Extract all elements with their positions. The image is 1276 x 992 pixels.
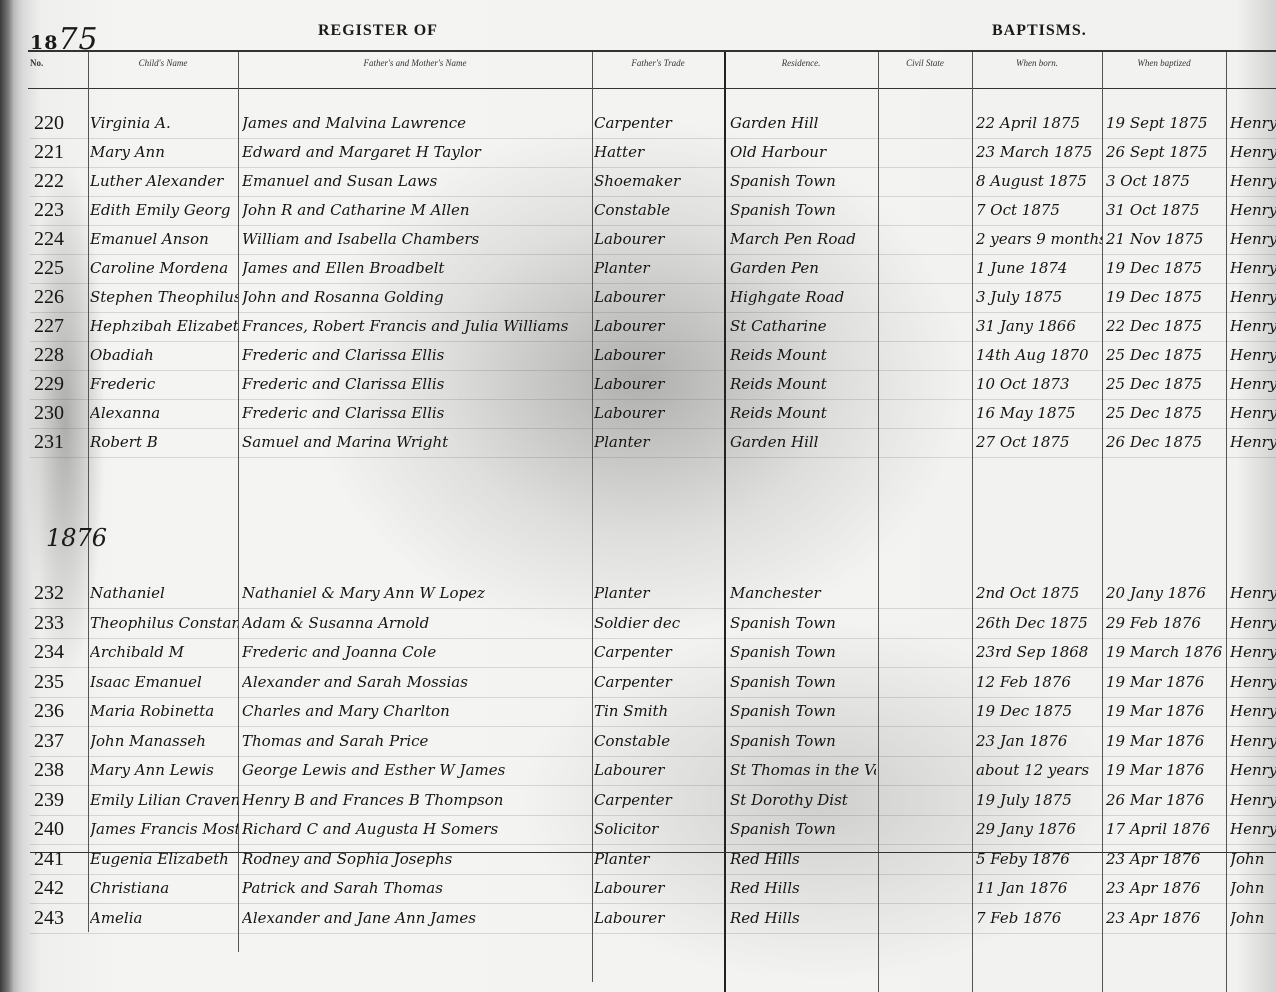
minister-signature: Henry [1230,346,1276,364]
parents-name: Frederic and Clarissa Ellis [242,346,594,364]
father-trade: Planter [594,850,722,868]
ruled-line [30,283,1276,284]
ruled-line [30,312,1276,313]
ruled-line [30,428,1276,429]
minister-signature: Henry [1230,643,1276,661]
when-baptized: 3 Oct 1875 [1106,172,1224,190]
child-name: Isaac Emanuel [90,673,238,691]
child-name: Obadiah [90,346,238,364]
parents-name: Edward and Margaret H Taylor [242,143,594,161]
when-baptized: 26 Dec 1875 [1106,433,1224,451]
child-name: Luther Alexander [90,172,238,190]
parents-name: Adam & Susanna Arnold [242,614,594,632]
minister-signature: John [1230,850,1276,868]
entry-number: 235 [34,671,90,694]
residence: St Dorothy Dist [730,791,876,809]
when-born: 1 June 1874 [976,259,1102,277]
residence: Spanish Town [730,732,876,750]
child-name: Stephen Theophilus [90,288,238,306]
col-head-child-name: Child's Name [88,58,238,68]
entry-number: 230 [34,402,90,425]
when-born: 5 Feby 1876 [976,850,1102,868]
ruled-line [30,399,1276,400]
minister-signature: Henry [1230,114,1276,132]
ruled-line [30,933,1276,934]
when-baptized: 19 Dec 1875 [1106,259,1224,277]
ruled-line [30,608,1276,609]
parents-name: Patrick and Sarah Thomas [242,879,594,897]
minister-signature: Henry [1230,673,1276,691]
father-trade: Labourer [594,230,722,248]
register-entry: 238Mary Ann LewisGeorge Lewis and Esther… [0,761,1276,785]
father-trade: Carpenter [594,673,722,691]
entry-number: 231 [34,431,90,454]
register-entry: 227Hephzibah ElizabethFrances, Robert Fr… [0,317,1276,341]
residence: Spanish Town [730,614,876,632]
father-trade: Solicitor [594,820,722,838]
when-born: 27 Oct 1875 [976,433,1102,451]
child-name: Caroline Mordena [90,259,238,277]
page-title-left: REGISTER OF [318,22,438,40]
residence: Red Hills [730,879,876,897]
ruled-line [30,167,1276,168]
when-baptized: 25 Dec 1875 [1106,375,1224,393]
minister-signature: Henry [1230,317,1276,335]
minister-signature: Henry [1230,143,1276,161]
ruled-line [30,667,1276,668]
when-born: 8 August 1875 [976,172,1102,190]
residence: Spanish Town [730,820,876,838]
minister-signature: Henry [1230,433,1276,451]
when-baptized: 26 Mar 1876 [1106,791,1224,809]
father-trade: Carpenter [594,643,722,661]
register-entry: 224Emanuel AnsonWilliam and Isabella Cha… [0,230,1276,254]
father-trade: Labourer [594,404,722,422]
minister-signature: Henry [1230,614,1276,632]
father-trade: Constable [594,201,722,219]
ruled-line [30,196,1276,197]
residence: March Pen Road [730,230,876,248]
register-entry: 220Virginia A.James and Malvina Lawrence… [0,114,1276,138]
minister-signature: Henry [1230,288,1276,306]
when-born: 14th Aug 1870 [976,346,1102,364]
col-head-no: No. [30,58,88,68]
ruled-line [30,844,1276,845]
residence: St Thomas in the Vale [730,761,876,779]
when-baptized: 20 Jany 1876 [1106,584,1224,602]
when-born: about 12 years [976,761,1102,779]
entry-number: 227 [34,315,90,338]
residence: Manchester [730,584,876,602]
minister-signature: John [1230,909,1276,927]
register-entry: 232NathanielNathaniel & Mary Ann W Lopez… [0,584,1276,608]
parents-name: Samuel and Marina Wright [242,433,594,451]
entry-number: 226 [34,286,90,309]
when-born: 23 March 1875 [976,143,1102,161]
parents-name: Emanuel and Susan Laws [242,172,594,190]
when-baptized: 31 Oct 1875 [1106,201,1224,219]
residence: Reids Mount [730,375,876,393]
when-born: 23 Jan 1876 [976,732,1102,750]
father-trade: Constable [594,732,722,750]
page-title-right: BAPTISMS. [992,22,1087,40]
minister-signature: Henry [1230,172,1276,190]
register-entry: 229FredericFrederic and Clarissa EllisLa… [0,375,1276,399]
section-year-1876: 1876 [46,524,107,552]
ruled-line [30,815,1276,816]
when-born: 10 Oct 1873 [976,375,1102,393]
father-trade: Hatter [594,143,722,161]
parents-name: Nathaniel & Mary Ann W Lopez [242,584,594,602]
when-born: 19 July 1875 [976,791,1102,809]
residence: Garden Hill [730,114,876,132]
col-head-when-baptized: When baptized [1102,58,1226,68]
father-trade: Tin Smith [594,702,722,720]
child-name: Alexanna [90,404,238,422]
child-name: Hephzibah Elizabeth [90,317,238,335]
ruled-line [30,254,1276,255]
entry-number: 222 [34,170,90,193]
entry-number: 220 [34,112,90,135]
register-entry: 231Robert BSamuel and Marina WrightPlant… [0,433,1276,457]
residence: Spanish Town [730,201,876,219]
entry-number: 238 [34,759,90,782]
child-name: Nathaniel [90,584,238,602]
child-name: Robert B [90,433,238,451]
father-trade: Labourer [594,375,722,393]
ruled-line [30,903,1276,904]
ruled-line [30,638,1276,639]
register-entry: 242ChristianaPatrick and Sarah ThomasLab… [0,879,1276,903]
when-baptized: 29 Feb 1876 [1106,614,1224,632]
minister-signature: Henry [1230,702,1276,720]
when-born: 31 Jany 1866 [976,317,1102,335]
when-born: 29 Jany 1876 [976,820,1102,838]
entry-number: 221 [34,141,90,164]
minister-signature: Henry [1230,761,1276,779]
when-born: 12 Feb 1876 [976,673,1102,691]
ruled-line [30,756,1276,757]
register-entry: 235Isaac EmanuelAlexander and Sarah Moss… [0,673,1276,697]
ruled-line [30,785,1276,786]
entry-number: 234 [34,641,90,664]
when-baptized: 26 Sept 1875 [1106,143,1224,161]
child-name: Christiana [90,879,238,897]
when-baptized: 21 Nov 1875 [1106,230,1224,248]
minister-signature: John [1230,879,1276,897]
ruled-line [30,138,1276,139]
register-entry: 236Maria RobinettaCharles and Mary Charl… [0,702,1276,726]
register-entry: 240James Francis MostynRichard C and Aug… [0,820,1276,844]
residence: Spanish Town [730,643,876,661]
minister-signature: Henry [1230,732,1276,750]
father-trade: Labourer [594,761,722,779]
residence: St Catharine [730,317,876,335]
entry-number: 239 [34,789,90,812]
child-name: Emanuel Anson [90,230,238,248]
father-trade: Shoemaker [594,172,722,190]
father-trade: Labourer [594,317,722,335]
parents-name: Alexander and Jane Ann James [242,909,594,927]
parents-name: George Lewis and Esther W James [242,761,594,779]
entry-number: 236 [34,700,90,723]
ruled-line [30,370,1276,371]
residence: Old Harbour [730,143,876,161]
residence: Red Hills [730,909,876,927]
register-entry: 222Luther AlexanderEmanuel and Susan Law… [0,172,1276,196]
residence: Garden Hill [730,433,876,451]
header-bottom-rule [28,88,1276,89]
parents-name: William and Isabella Chambers [242,230,594,248]
col-head-when-born: When born. [972,58,1102,68]
residence: Spanish Town [730,172,876,190]
child-name: Mary Ann Lewis [90,761,238,779]
residence: Spanish Town [730,673,876,691]
minister-signature: Henry [1230,375,1276,393]
register-entry: 243AmeliaAlexander and Jane Ann JamesLab… [0,909,1276,933]
ruled-line [30,874,1276,875]
child-name: Maria Robinetta [90,702,238,720]
residence: Reids Mount [730,346,876,364]
register-entry: 237John ManassehThomas and Sarah PriceCo… [0,732,1276,756]
child-name: Theophilus Constantine [90,614,238,632]
col-head-residence: Residence. [724,58,878,68]
when-baptized: 23 Apr 1876 [1106,909,1224,927]
father-trade: Labourer [594,346,722,364]
when-baptized: 25 Dec 1875 [1106,404,1224,422]
register-entry: 223Edith Emily GeorgJohn R and Catharine… [0,201,1276,225]
father-trade: Carpenter [594,791,722,809]
parents-name: Frederic and Clarissa Ellis [242,404,594,422]
father-trade: Planter [594,259,722,277]
residence: Red Hills [730,850,876,868]
parents-name: Alexander and Sarah Mossias [242,673,594,691]
when-baptized: 19 Sept 1875 [1106,114,1224,132]
minister-signature: Henry [1230,820,1276,838]
residence: Highgate Road [730,288,876,306]
register-page: 1875 REGISTER OF BAPTISMS. No. Child's N… [0,0,1276,992]
parents-name: Frederic and Joanna Cole [242,643,594,661]
parents-name: Richard C and Augusta H Somers [242,820,594,838]
register-entry: 233Theophilus ConstantineAdam & Susanna … [0,614,1276,638]
parents-name: Henry B and Frances B Thompson [242,791,594,809]
residence: Reids Mount [730,404,876,422]
entry-number: 232 [34,582,90,605]
child-name: James Francis Mostyn [90,820,238,838]
col-head-trade: Father's Trade [592,58,724,68]
ruled-line [30,341,1276,342]
register-entry: 228ObadiahFrederic and Clarissa EllisLab… [0,346,1276,370]
entry-number: 229 [34,373,90,396]
entry-number: 223 [34,199,90,222]
father-trade: Labourer [594,909,722,927]
father-trade: Planter [594,433,722,451]
when-baptized: 19 Dec 1875 [1106,288,1224,306]
when-baptized: 19 March 1876 [1106,643,1224,661]
ruled-line [30,726,1276,727]
col-head-parents: Father's and Mother's Name [238,58,592,68]
entry-number: 228 [34,344,90,367]
when-baptized: 17 April 1876 [1106,820,1224,838]
child-name: Edith Emily Georg [90,201,238,219]
register-entry: 239Emily Lilian CravenHenry B and France… [0,791,1276,815]
when-born: 16 May 1875 [976,404,1102,422]
parents-name: Frances, Robert Francis and Julia Willia… [242,317,594,335]
when-baptized: 25 Dec 1875 [1106,346,1224,364]
register-entry: 241Eugenia ElizabethRodney and Sophia Jo… [0,850,1276,874]
when-baptized: 23 Apr 1876 [1106,850,1224,868]
child-name: Virginia A. [90,114,238,132]
entry-number: 241 [34,848,90,871]
when-born: 7 Feb 1876 [976,909,1102,927]
child-name: Emily Lilian Craven [90,791,238,809]
minister-signature: Henry [1230,201,1276,219]
entry-number: 237 [34,730,90,753]
parents-name: Charles and Mary Charlton [242,702,594,720]
when-born: 26th Dec 1875 [976,614,1102,632]
child-name: Eugenia Elizabeth [90,850,238,868]
entry-number: 225 [34,257,90,280]
register-entry: 234Archibald MFrederic and Joanna ColeCa… [0,643,1276,667]
when-baptized: 19 Mar 1876 [1106,702,1224,720]
entry-number: 224 [34,228,90,251]
parents-name: John R and Catharine M Allen [242,201,594,219]
parents-name: Frederic and Clarissa Ellis [242,375,594,393]
parents-name: Thomas and Sarah Price [242,732,594,750]
father-trade: Soldier dec [594,614,722,632]
register-entry: 225Caroline MordenaJames and Ellen Broad… [0,259,1276,283]
residence: Spanish Town [730,702,876,720]
register-entry: 221Mary AnnEdward and Margaret H TaylorH… [0,143,1276,167]
parents-name: Rodney and Sophia Josephs [242,850,594,868]
when-baptized: 22 Dec 1875 [1106,317,1224,335]
when-baptized: 23 Apr 1876 [1106,879,1224,897]
ruled-line [30,457,1276,458]
minister-signature: Henry [1230,791,1276,809]
parents-name: James and Malvina Lawrence [242,114,594,132]
minister-signature: Henry [1230,584,1276,602]
ruled-line [30,697,1276,698]
father-trade: Carpenter [594,114,722,132]
register-entry: 226Stephen TheophilusJohn and Rosanna Go… [0,288,1276,312]
entry-number: 243 [34,907,90,930]
when-born: 2nd Oct 1875 [976,584,1102,602]
when-baptized: 19 Mar 1876 [1106,761,1224,779]
minister-signature: Henry [1230,230,1276,248]
child-name: John Manasseh [90,732,238,750]
child-name: Archibald M [90,643,238,661]
when-born: 11 Jan 1876 [976,879,1102,897]
child-name: Amelia [90,909,238,927]
parents-name: John and Rosanna Golding [242,288,594,306]
when-baptized: 19 Mar 1876 [1106,673,1224,691]
when-born: 2 years 9 months [976,230,1102,248]
minister-signature: Henry [1230,404,1276,422]
entry-number: 233 [34,612,90,635]
register-entry: 230AlexannaFrederic and Clarissa EllisLa… [0,404,1276,428]
when-born: 3 July 1875 [976,288,1102,306]
entry-number: 242 [34,877,90,900]
father-trade: Labourer [594,288,722,306]
ruled-line [30,225,1276,226]
when-born: 19 Dec 1875 [976,702,1102,720]
header-top-rule [28,50,1276,52]
child-name: Mary Ann [90,143,238,161]
child-name: Frederic [90,375,238,393]
entry-number: 240 [34,818,90,841]
parents-name: James and Ellen Broadbelt [242,259,594,277]
when-baptized: 19 Mar 1876 [1106,732,1224,750]
father-trade: Planter [594,584,722,602]
minister-signature: Henry [1230,259,1276,277]
when-born: 23rd Sep 1868 [976,643,1102,661]
father-trade: Labourer [594,879,722,897]
when-born: 22 April 1875 [976,114,1102,132]
col-head-civil-state: Civil State [878,58,972,68]
residence: Garden Pen [730,259,876,277]
when-born: 7 Oct 1875 [976,201,1102,219]
